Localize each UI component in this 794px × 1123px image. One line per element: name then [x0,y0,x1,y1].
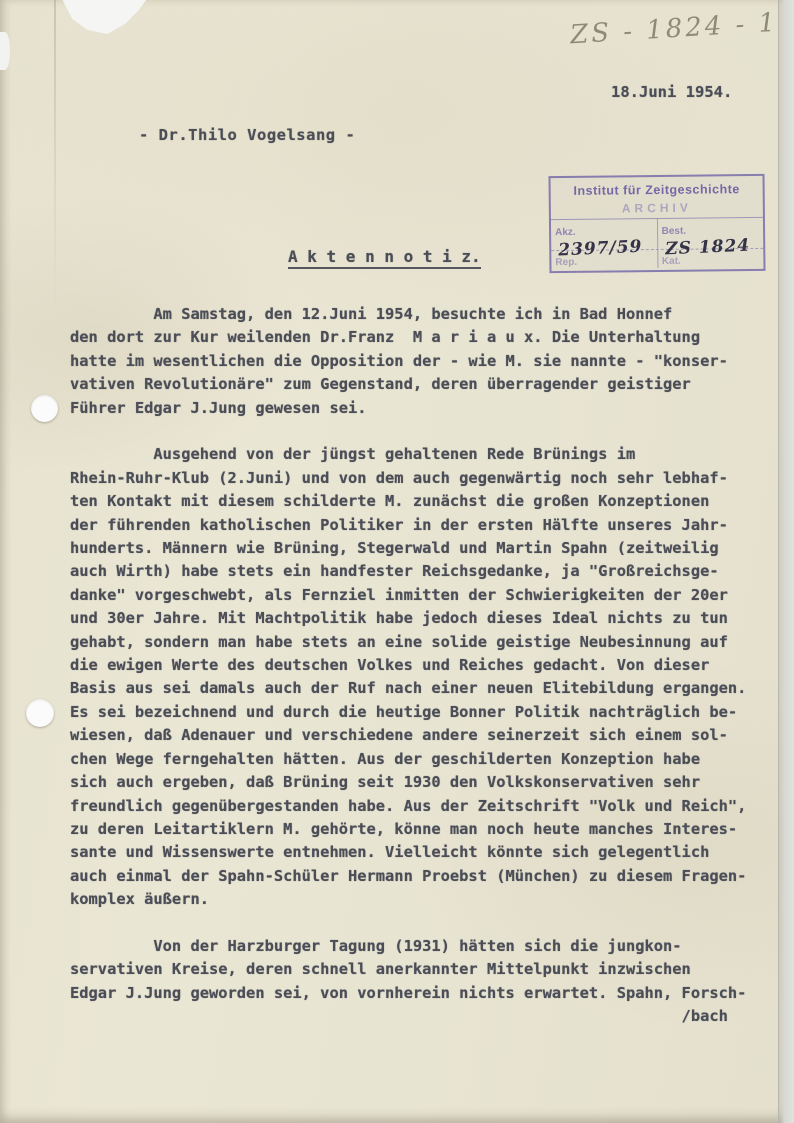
archive-stamp: Institut für Zeitgeschichte ARCHIV Akz. … [548,174,765,273]
stamp-number-row: Akz. 2397/59 Best. ZS 1824 [551,218,763,251]
paper-crease [54,0,56,310]
stamp-rep-label: Rep. [555,257,577,268]
paragraph-2: Ausgehend von der jüngst gehaltenen Rede… [70,443,770,911]
document-body: Am Samstag, den 12.Juni 1954, besuchte i… [70,303,770,1029]
paragraph-3: Von der Harzburger Tagung (1931) hätten … [70,935,770,1029]
stamp-kat-label: Kat. [662,256,681,267]
pencil-archive-number: ZS - 1824 - 1 [569,8,779,51]
stamp-best-cell: Best. ZS 1824 [656,218,763,249]
paragraph-1: Am Samstag, den 12.Juni 1954, besuchte i… [70,303,770,420]
stamp-akz-cell: Akz. 2397/59 [551,219,657,250]
punch-hole-bottom [26,699,54,727]
document-date: 18.Juni 1954. [611,83,732,101]
torn-edge-left [0,32,10,70]
stamp-institution: Institut für Zeitgeschichte [551,176,763,202]
punch-hole-top [31,395,58,422]
stamp-rep-kat-row: Rep. Kat. [551,249,763,269]
stamp-kat-cell: Kat. [657,249,764,268]
author-line: - Dr.Thilo Vogelsang - [139,126,355,144]
stamp-best-label: Best. [661,220,686,237]
stamp-akz-label: Akz. [555,221,576,238]
stamp-rep-cell: Rep. [551,250,657,269]
torn-edge-top [55,0,150,34]
scan-edge [778,0,794,1123]
document-title: A k t e n n o t i z. [288,247,481,269]
document-page: ZS - 1824 - 1 18.Juni 1954. - Dr.Thilo V… [0,0,794,1123]
stamp-archiv-label: ARCHIV [551,200,763,220]
